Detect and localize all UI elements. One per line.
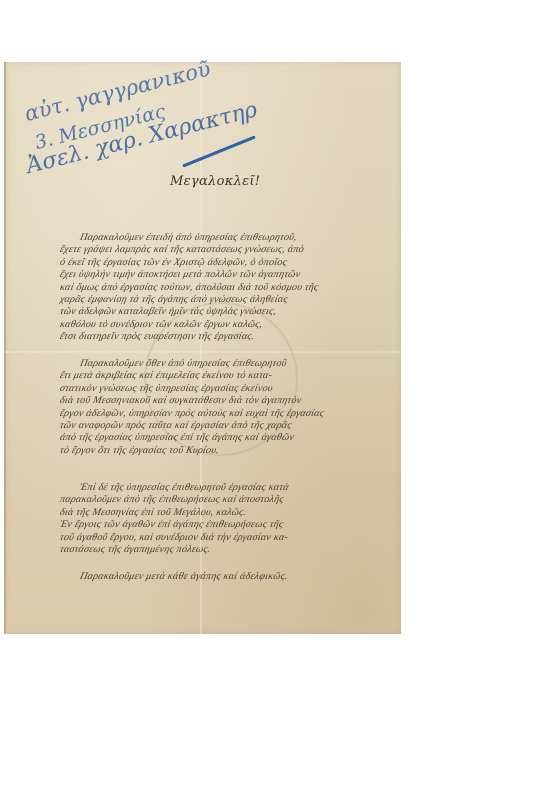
body-line: ταστάσεως τῆς ἀγαπημένης πόλεως. bbox=[59, 544, 393, 555]
body-line: ἔργον ἀδελφῶν, ὑπηρεσίαν πρὸς αὐτοὺς καὶ… bbox=[59, 408, 393, 419]
body-line: καὶ ὅμως ἀπὸ ἐργασίας τούτων, ἀπολῦσαι δ… bbox=[59, 282, 393, 293]
body-line: Ἐπὶ δὲ τῆς ὑπηρεσίας ἐπιθεωρητοῦ ἐργασία… bbox=[79, 482, 393, 493]
body-line: διὰ τοῦ Μεσσηνιακοῦ καὶ συγκατάθεσιν διὰ… bbox=[59, 395, 393, 406]
body-line: παρακαλοῦμεν ἀπὸ τῆς ἐπιθεωρήσεως καὶ ἀπ… bbox=[59, 494, 393, 505]
body-line: Παρακαλοῦμεν ἐπειδὴ ἀπὸ ὑπηρεσίας ἐπιθεω… bbox=[79, 232, 393, 243]
body-line: ἔχετε γράψει λαμπρὰς καὶ τῆς καταστάσεως… bbox=[59, 244, 393, 255]
body-line: καθόλου τὸ συνέδριον τῶν καλῶν ἔργων καλ… bbox=[59, 319, 393, 330]
body-line: ἔχει ὑψηλὴν τιμὴν ἀποκτήσει μετὰ πολλῶν … bbox=[59, 269, 393, 280]
body-line: τὸ ἔργον ὅτι τῆς ἐργασίας τοῦ Κυρίου. bbox=[59, 445, 393, 456]
body-line: ἔτσι διατηρεῖν πρὸς ευαρέστησιν τῆς ἐργα… bbox=[59, 331, 393, 342]
body-line: τῶν ἀδελφῶν καταλαβεῖν ἡμῖν τὰς ὑψηλὰς γ… bbox=[59, 306, 393, 317]
annotation-underline bbox=[182, 135, 255, 167]
body-line: ὁ ἐκεῖ τῆς ἐργασίας τῶν ἐν Χριστῷ ἀδελφῶ… bbox=[59, 257, 393, 268]
body-line: ἔτι μετὰ ἀκριβείας καὶ ἐπιμελείας ἐκείνο… bbox=[59, 370, 393, 381]
body-line: ἀπὸ τῆς ἐργασίας ὑπηρεσίας ἐπὶ τῆς ἀγάπη… bbox=[59, 432, 393, 443]
body-line: τοῦ ἀγαθοῦ ἔργου, καὶ συνέδριον διὰ τὴν … bbox=[59, 532, 393, 543]
body-line: Παρακαλοῦμεν ὅθεν ἀπὸ ὑπηρεσίας ἐπιθεωρη… bbox=[79, 358, 393, 369]
body-line: διὰ τῆς Μεσσηνίας ἐπὶ τοῦ Μεγάλου, καλῶς… bbox=[59, 507, 393, 518]
body-line: τῶν αναφορῶν πρὸς ταῦτα καὶ ἐργασίαν ἀπὸ… bbox=[59, 420, 393, 431]
letter-page: αὐτ. γαγγρανικοῦ 3. Μεσσηνίας Ἀσελ. χαρ.… bbox=[4, 62, 401, 634]
closing-line: Παρακαλοῦμεν μετὰ κάθε ἀγάπης καὶ ἀδελφι… bbox=[79, 571, 393, 582]
body-line: στατικὸν γνώσεως τῆς ὑπηρεσίας ἐργασίας … bbox=[59, 383, 393, 394]
page-edge bbox=[4, 62, 6, 634]
body-line: Ἐν ἔργοις τῶν ἀγαθῶν ἐπὶ ἀγάπης ἐπιθεωρή… bbox=[59, 519, 393, 530]
body-line: χαρᾶς ἐμφανίσῃ τὰ τῆς ἀγάπης ἀπὸ γνώσεως… bbox=[59, 294, 393, 305]
salutation: Μεγαλοκλεῖ! bbox=[170, 174, 260, 189]
